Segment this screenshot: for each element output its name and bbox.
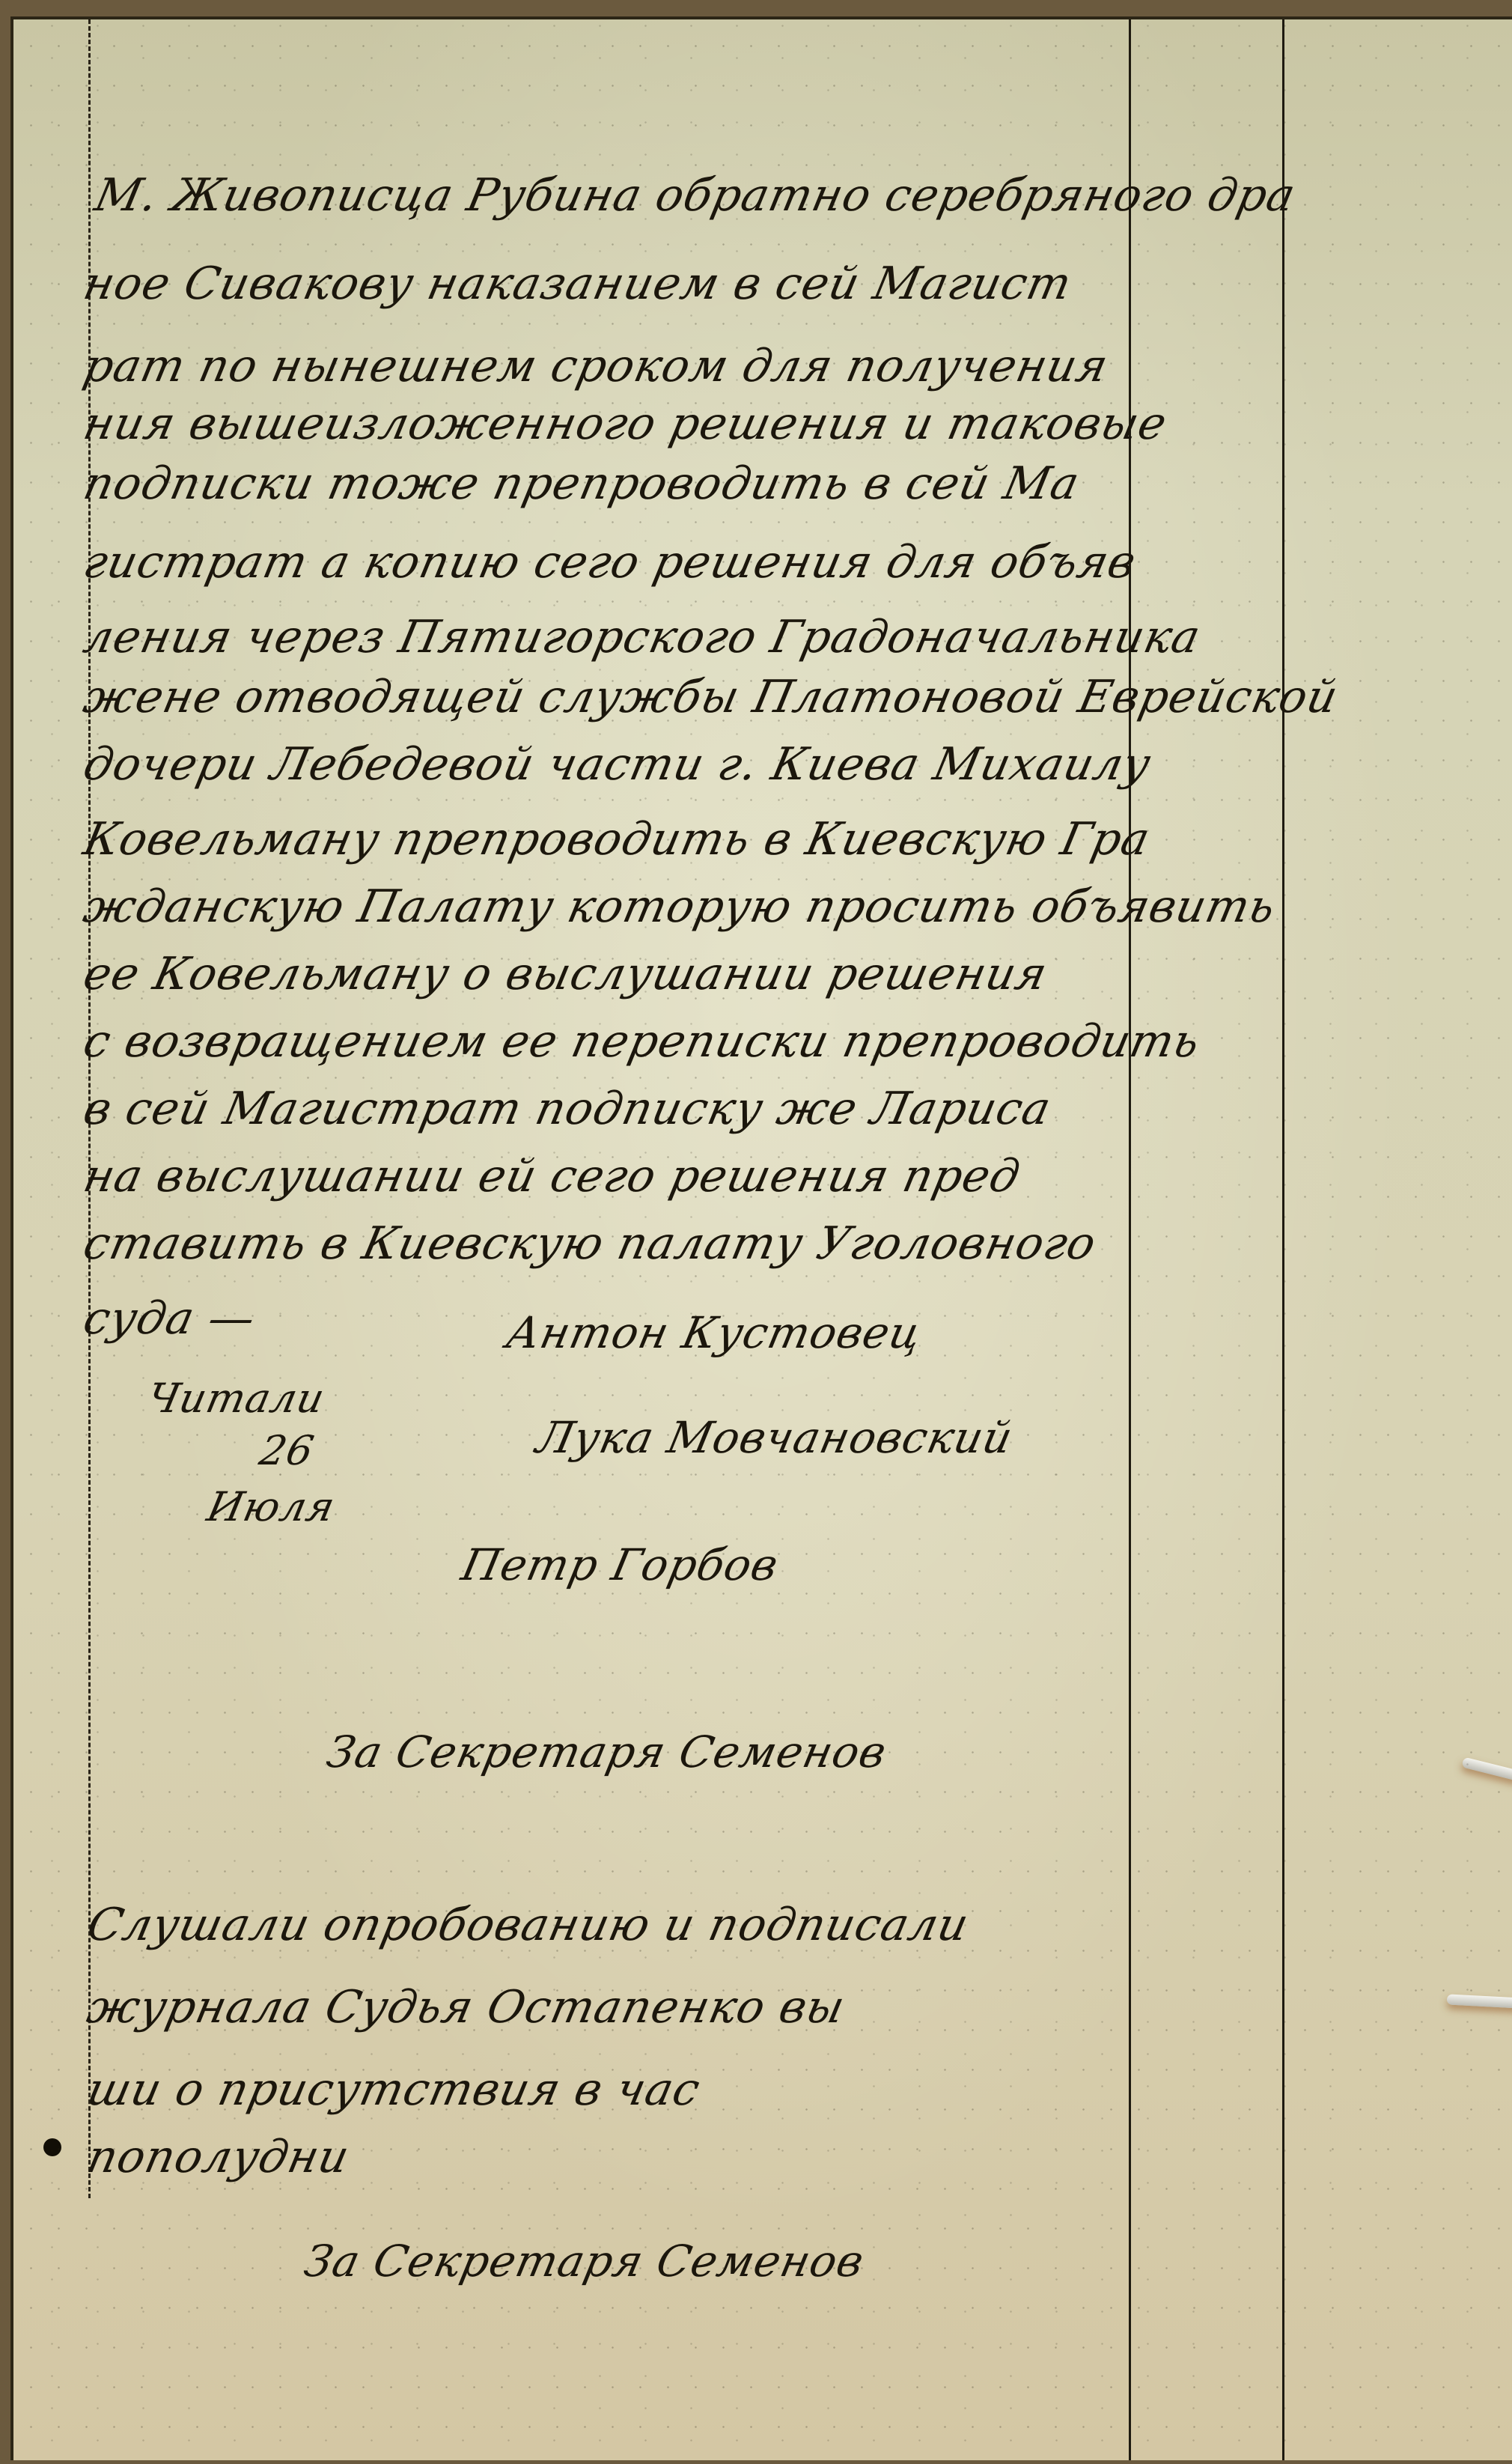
signature-kustovets: Антон Кустовец <box>502 1307 927 1358</box>
signature-movchanovsky: Лука Мовчановский <box>532 1412 1018 1463</box>
signature-gorbov: Петр Горбов <box>457 1539 783 1590</box>
body-line: с возвращением ее переписки препроводить <box>79 1015 1205 1068</box>
body-line: в сей Магистрат подписку же Лариса <box>79 1083 1056 1135</box>
body-line: подписки тоже препроводить в сей Ма <box>79 457 1085 510</box>
body-line: ное Сивакову наказанием в сей Магист <box>79 258 1076 310</box>
body-line: жданскую Палату которую просить объявить <box>79 880 1281 933</box>
closing-line: пополудни <box>83 2131 355 2183</box>
body-line: Ковельману препроводить в Киевскую Гра <box>79 813 1155 866</box>
margin-note-day: 26 <box>255 1427 318 1474</box>
margin-note-read: Читали <box>143 1375 329 1422</box>
binding-thread-upper <box>1461 1757 1512 1782</box>
margin-note-month: Июля <box>203 1483 339 1530</box>
body-line: на выслушании ей сего решения пред <box>79 1150 1025 1202</box>
body-line: жене отводящей службы Платоновой Еврейск… <box>79 671 1343 723</box>
body-line: дочери Лебедевой части г. Киева Михаилу <box>79 738 1156 791</box>
ink-blot <box>43 2138 61 2156</box>
secretary-signature-2: За Секретаря Семенов <box>300 2236 869 2287</box>
body-line: ее Ковельману о выслушании решения <box>79 948 1052 1000</box>
body-line: М. Живописца Рубина обратно серебряного … <box>91 169 1301 222</box>
closing-line: журнала Судья Остапенко вы <box>83 1981 850 2033</box>
closing-line: Слушали опробованию и подписали <box>83 1899 974 1951</box>
secretary-signature-1: За Секретаря Семенов <box>323 1727 891 1777</box>
column-rule-right <box>1282 19 1284 2460</box>
closing-line: ши о присутствия в час <box>83 2063 705 2116</box>
body-line: гистрат а копию сего решения для объяв <box>79 536 1141 588</box>
column-rule-left <box>1129 19 1131 2460</box>
body-line: рат по нынешнем сроком для получения <box>79 340 1113 392</box>
manuscript-page: М. Живописца Рубина обратно серебряного … <box>10 16 1512 2460</box>
body-line: суда — <box>79 1292 260 1345</box>
binding-thread-lower <box>1447 1994 1512 2008</box>
body-line: ния вышеизложенного решения и таковые <box>79 398 1172 450</box>
body-line: ления через Пятигорского Градоначальника <box>79 611 1206 663</box>
body-line: ставить в Киевскую палату Уголовного <box>79 1217 1101 1270</box>
